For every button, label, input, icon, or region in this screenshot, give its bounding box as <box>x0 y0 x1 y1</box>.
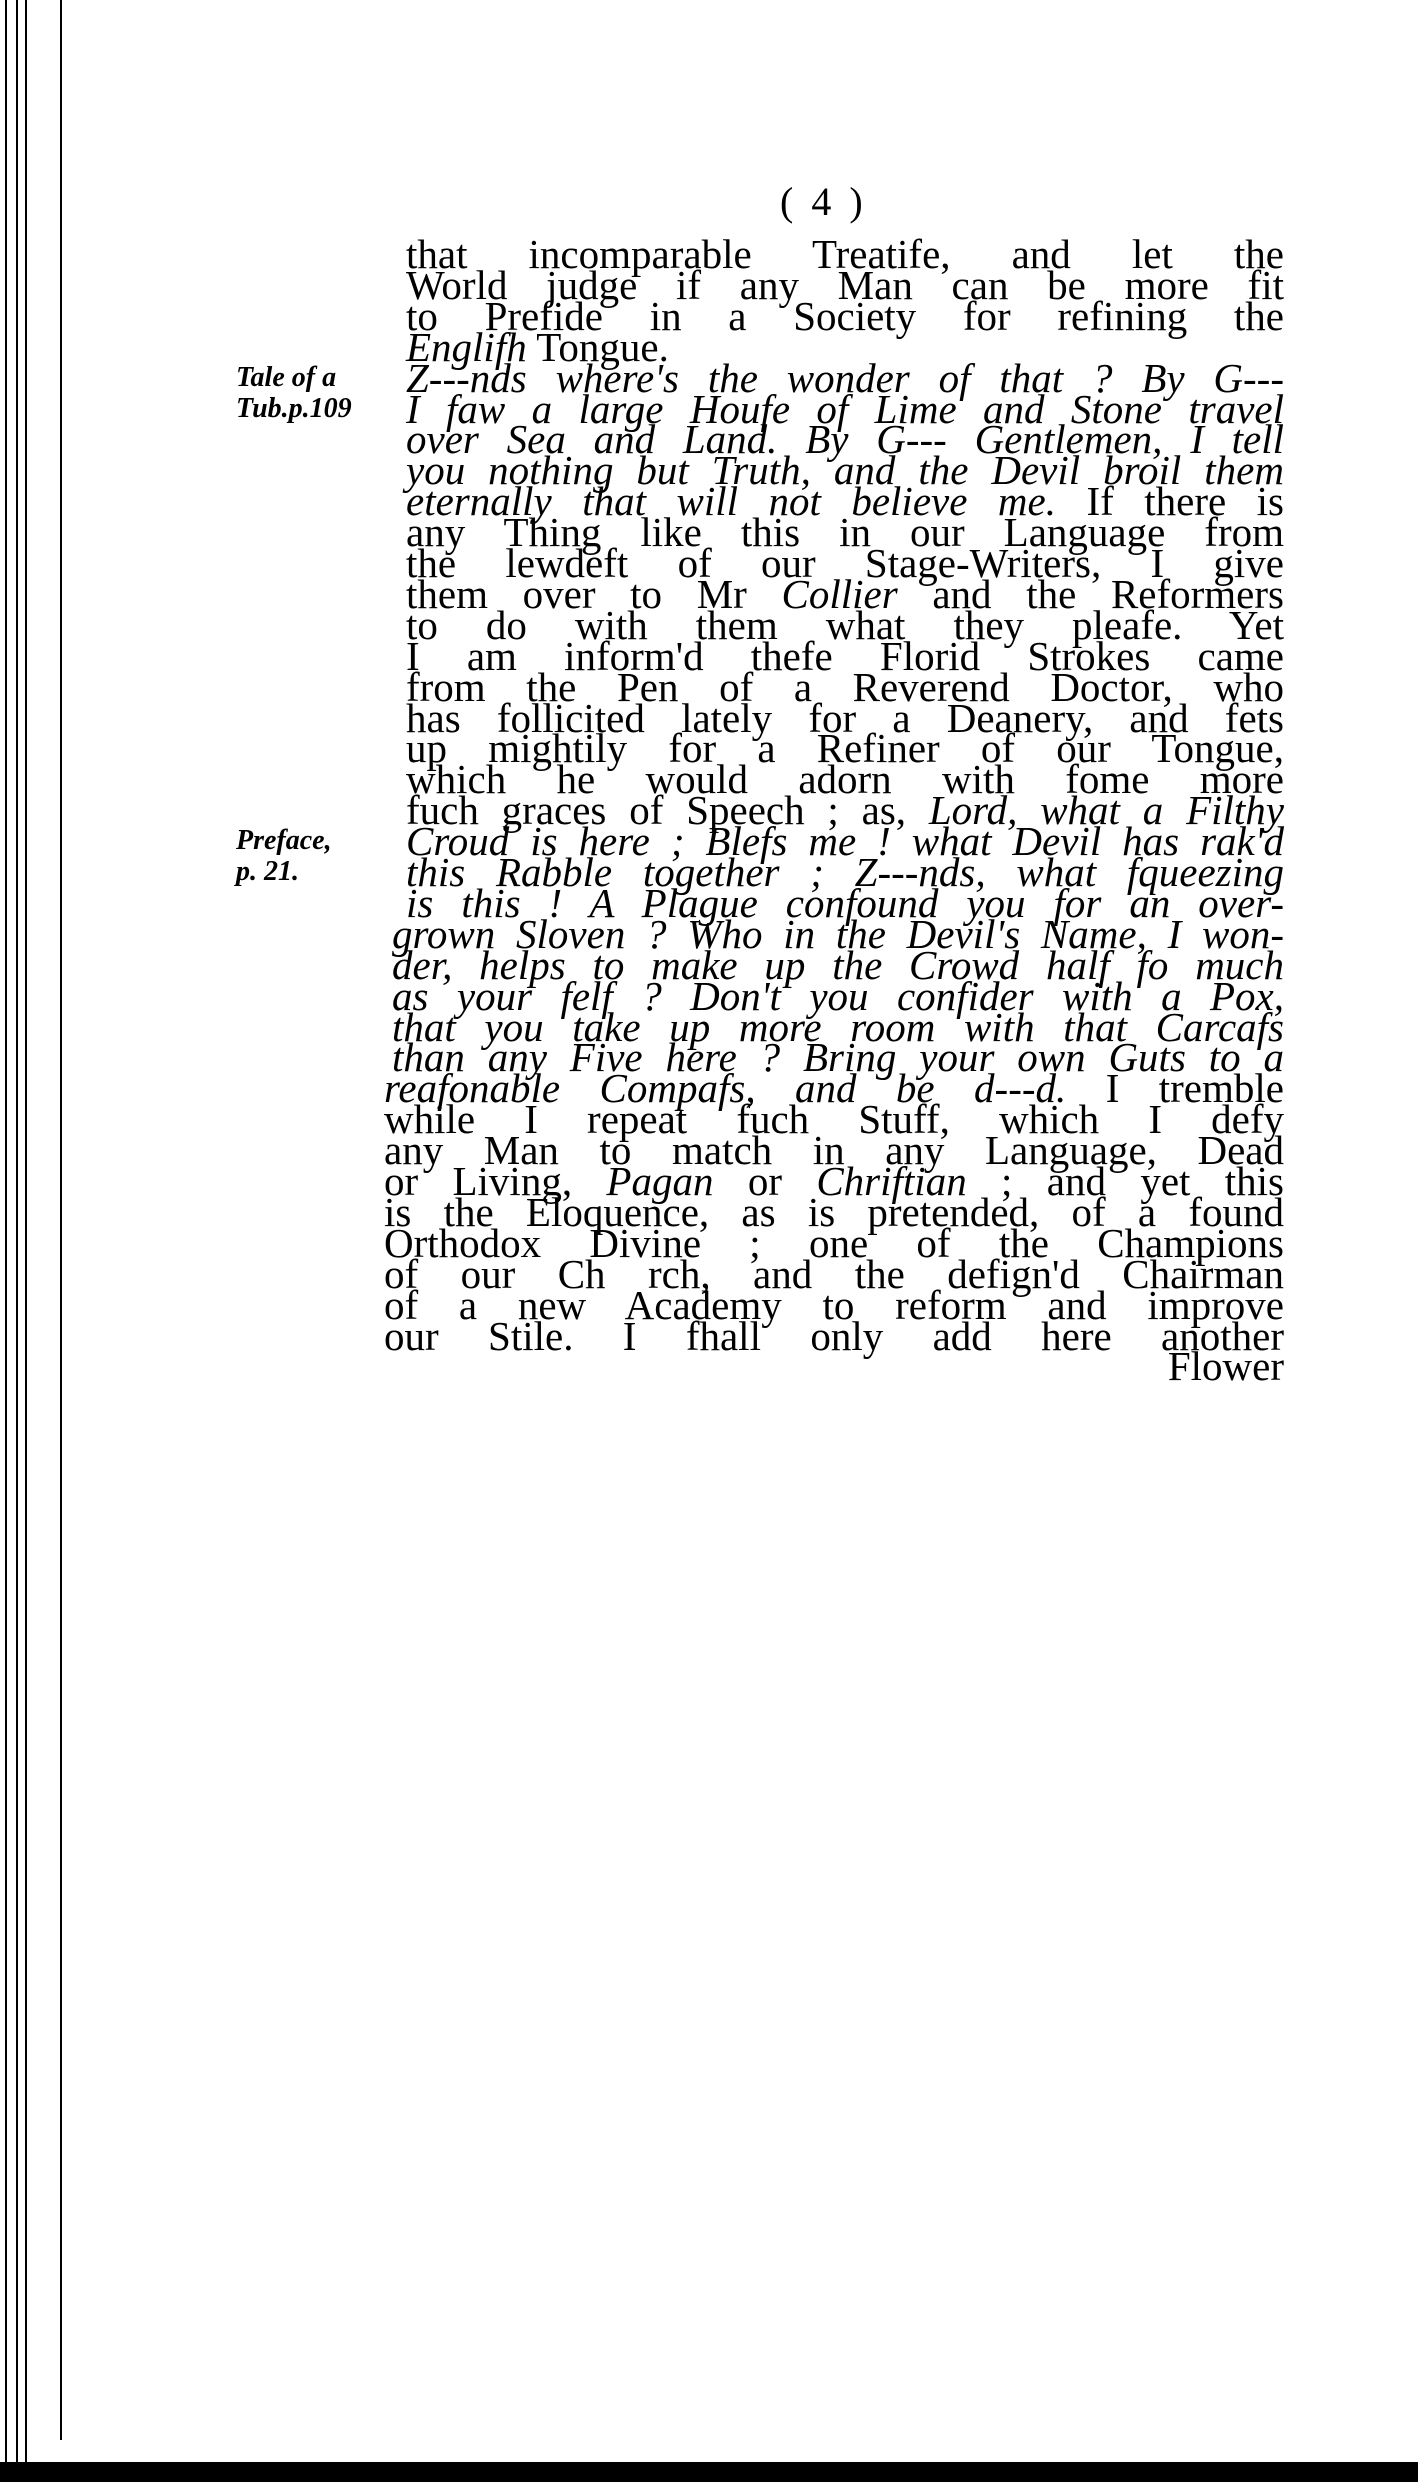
page-number: ( 4 ) <box>780 178 867 225</box>
text-line: Flower <box>384 1342 1284 1390</box>
gutter-line <box>25 0 27 2470</box>
gutter-line <box>5 0 7 2470</box>
gutter-line <box>60 0 62 2440</box>
scan-edge-bar <box>0 2462 1418 2482</box>
text-segment: Flower <box>1168 1343 1284 1389</box>
margin-note: Tub.p.109 <box>236 385 352 433</box>
margin-note: p. 21. <box>236 848 299 896</box>
gutter-line <box>16 0 18 2470</box>
